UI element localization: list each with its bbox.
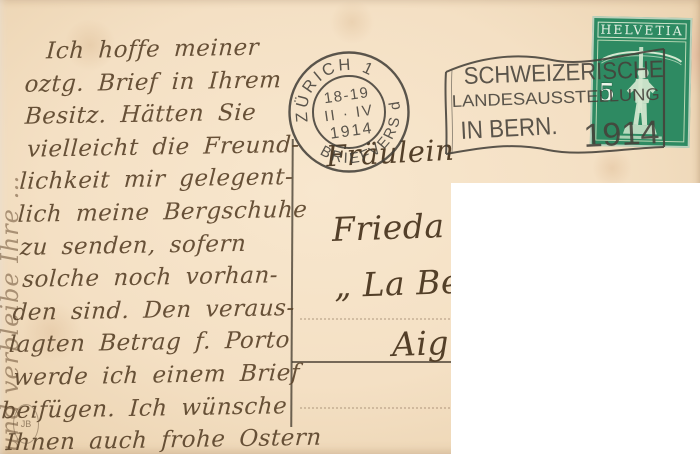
message-line: Ich hoffe meiner	[45, 30, 361, 68]
address-street: „ La Be	[333, 262, 461, 305]
postcard-back: und verbleibe Ihre … Ich hoffe meiner oz…	[0, 0, 700, 454]
stamp-country-label: HELVETIA	[600, 22, 684, 39]
address-name: Frieda	[331, 206, 445, 249]
address-city: Aig	[391, 323, 449, 364]
embossed-publisher-mark: JB	[13, 404, 39, 444]
stamp-value: 5	[598, 77, 615, 106]
message-line: lich meine Bergschuhe	[17, 193, 353, 231]
stamp-artwork: HELVETIA 5	[590, 16, 693, 148]
address-salutation: Fräulein	[325, 133, 455, 174]
message-block: Ich hoffe meiner oztg. Brief in Ihrem Be…	[5, 30, 361, 454]
postage-stamp: HELVETIA 5	[590, 16, 693, 148]
message-line: werde ich einem Brief	[12, 356, 344, 394]
redaction-box	[451, 183, 700, 454]
flag-cancel-line3: IN BERN.	[460, 112, 558, 145]
message-line: Ihnen auch frohe Ostern	[5, 421, 341, 454]
